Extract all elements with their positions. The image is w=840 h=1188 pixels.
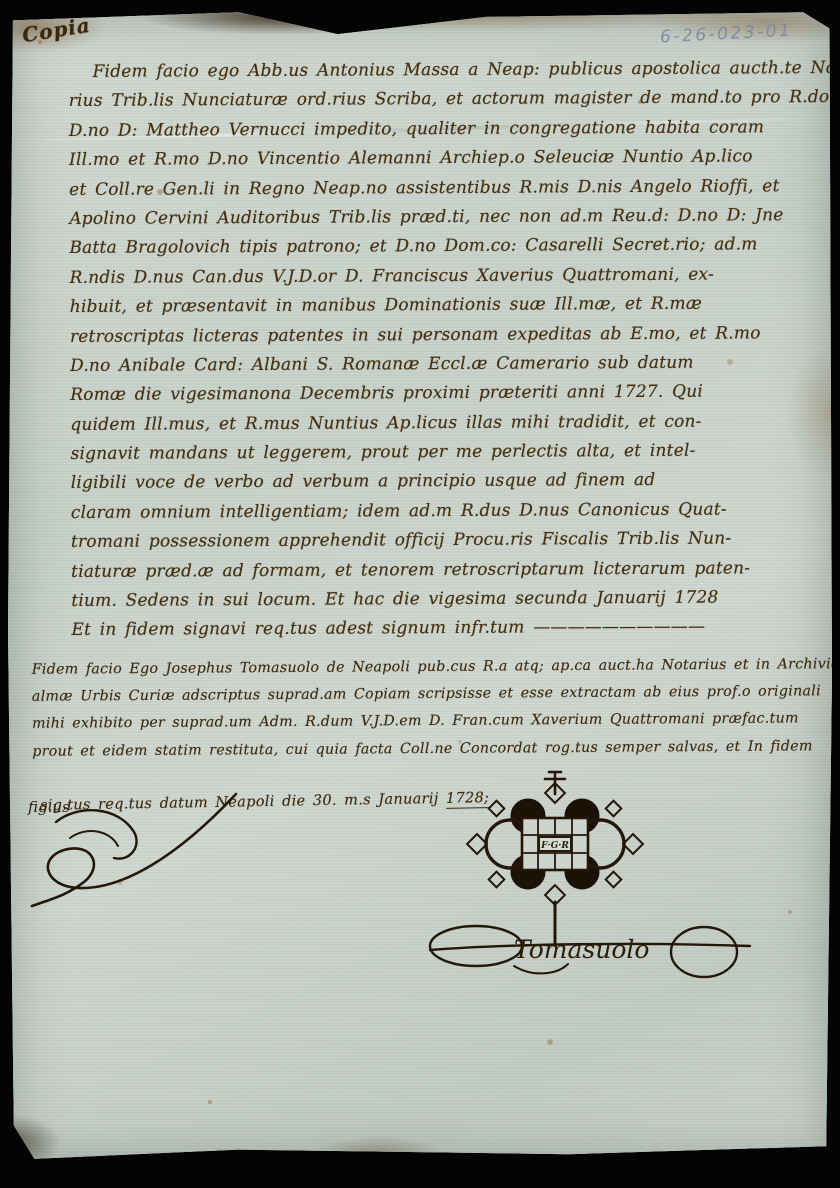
text-line: signavit mandans ut leggerem, prout per …	[70, 436, 820, 469]
text-line: D.no D: Mattheo Vernucci impedito, quali…	[69, 113, 819, 146]
text-line: tiaturæ præd.æ ad formam, et tenorem ret…	[71, 554, 821, 587]
text-line: Romæ die vigesimanona Decembris proximi …	[70, 377, 820, 410]
text-line: Fidem facio ego Abb.us Antonius Massa a …	[68, 54, 818, 87]
seal-monogram: F·G·R	[540, 841, 569, 851]
paraph-label: fig.us	[27, 798, 70, 816]
text-line: rius Trib.lis Nunciaturæ ord.rius Scriba…	[69, 83, 819, 116]
text-line: retroscriptas licteras patentes in sui p…	[70, 319, 820, 352]
text-line: et Coll.re Gen.li in Regno Neap.no assis…	[69, 172, 819, 205]
text-line: Apolino Cervini Auditoribus Trib.lis præ…	[69, 201, 819, 234]
text-line: hibuit, et præsentavit in manibus Domina…	[70, 289, 820, 322]
notary-paraph-flourish-icon: fig.us	[26, 788, 246, 908]
scan-backdrop: { "colors": { "backdrop": "#040404", "pa…	[0, 0, 840, 1188]
text-line: prout et eidem statim restituta, cui qui…	[32, 733, 820, 766]
text-line: R.ndis D.nus Can.dus V.J.D.or D. Francis…	[70, 260, 820, 293]
archive-number: 6-26-023-01	[659, 21, 792, 48]
text-line: ligibili voce de verbo ad verbum a princ…	[71, 466, 821, 499]
text-line: Batta Bragolovich tipis patrono; et D.no…	[69, 230, 819, 263]
copy-inscription: Copia	[21, 13, 93, 47]
certificate-text: Fidem facio ego Abb.us Antonius Massa a …	[68, 54, 821, 646]
manuscript-paper: Copia 6-26-023-01 Fidem facio ego Abb.us…	[8, 10, 832, 1160]
text-line: claram omnium intelligentiam; idem ad.m …	[71, 495, 821, 528]
attestation-text: Fidem facio Ego Josephus Tomasuolo de Ne…	[32, 651, 821, 765]
text-line: tium. Sedens in sui locum. Et hac die vi…	[71, 583, 821, 616]
text-line: Et in fidem signavi req.tus adest signum…	[71, 612, 821, 645]
signature-name: Tomasuolo	[514, 935, 649, 964]
text-line: Ill.mo et R.mo D.no Vincentio Alemanni A…	[69, 142, 819, 175]
notarial-seal-icon: F·G·R Tomasuolo	[418, 768, 763, 988]
text-line: quidem Ill.mus, et R.mus Nuntius Ap.licu…	[70, 407, 820, 440]
text-line: D.no Anibale Card: Albani S. Romanæ Eccl…	[70, 348, 820, 381]
text-line: tromani possessionem apprehendit officij…	[71, 524, 821, 557]
